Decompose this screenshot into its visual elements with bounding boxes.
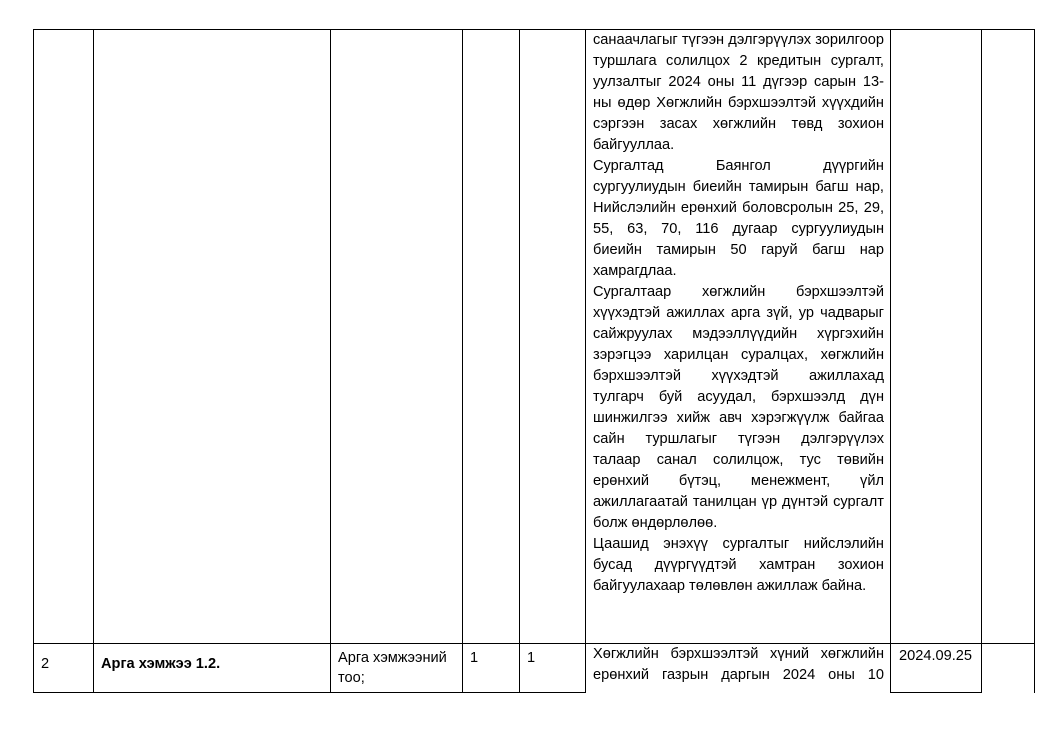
row2-date-cell: 2024.09.25 (890, 643, 982, 693)
row2-description-cell: Хөгжлийн бэрхшээлтэй хүний хөгжлийн ерөн… (585, 643, 890, 693)
row1-actual-cell (519, 29, 585, 644)
row1-description-paragraph-2: Сургалтад Баянгол дүүргийн сургуулиудын … (593, 156, 884, 282)
row2-target-cell: 1 (462, 643, 519, 693)
row2-index: 2 (41, 656, 49, 672)
row2-note-cell (981, 643, 1035, 693)
row1-target-cell (462, 29, 519, 644)
row1-note-cell (981, 29, 1035, 644)
row1-measure-cell (93, 29, 330, 644)
row1-index-cell (33, 29, 93, 644)
row1-description-paragraph-4: Цаашид энэхүү сургалтыг нийслэлийн бусад… (593, 534, 884, 597)
row2-target: 1 (470, 650, 478, 666)
row2-date: 2024.09.25 (899, 648, 972, 664)
row2-description-paragraph-1: Хөгжлийн бэрхшээлтэй хүний хөгжлийн ерөн… (593, 644, 884, 686)
row2-measure: Арга хэмжээ 1.2. (101, 656, 220, 672)
row2-measure-cell: Арга хэмжээ 1.2. (93, 643, 330, 693)
row2-indicator: Арга хэмжээний тоо; (338, 650, 447, 686)
document-page: санаачлагыг түгээн дэлгэрүүлэх зорилгоор… (0, 0, 1059, 733)
row1-description-cell: санаачлагыг түгээн дэлгэрүүлэх зорилгоор… (585, 29, 890, 644)
row2-index-cell: 2 (33, 643, 93, 693)
row2-actual: 1 (527, 650, 535, 666)
row1-date-cell (890, 29, 981, 644)
row2-actual-cell: 1 (519, 643, 585, 693)
row1-description-paragraph-3: Сургалтаар хөгжлийн бэрхшээлтэй хүүхэдтэ… (593, 282, 884, 534)
row1-indicator-cell (330, 29, 462, 644)
row1-description-paragraph-1: санаачлагыг түгээн дэлгэрүүлэх зорилгоор… (593, 30, 884, 156)
row2-indicator-cell: Арга хэмжээний тоо; (330, 643, 462, 693)
